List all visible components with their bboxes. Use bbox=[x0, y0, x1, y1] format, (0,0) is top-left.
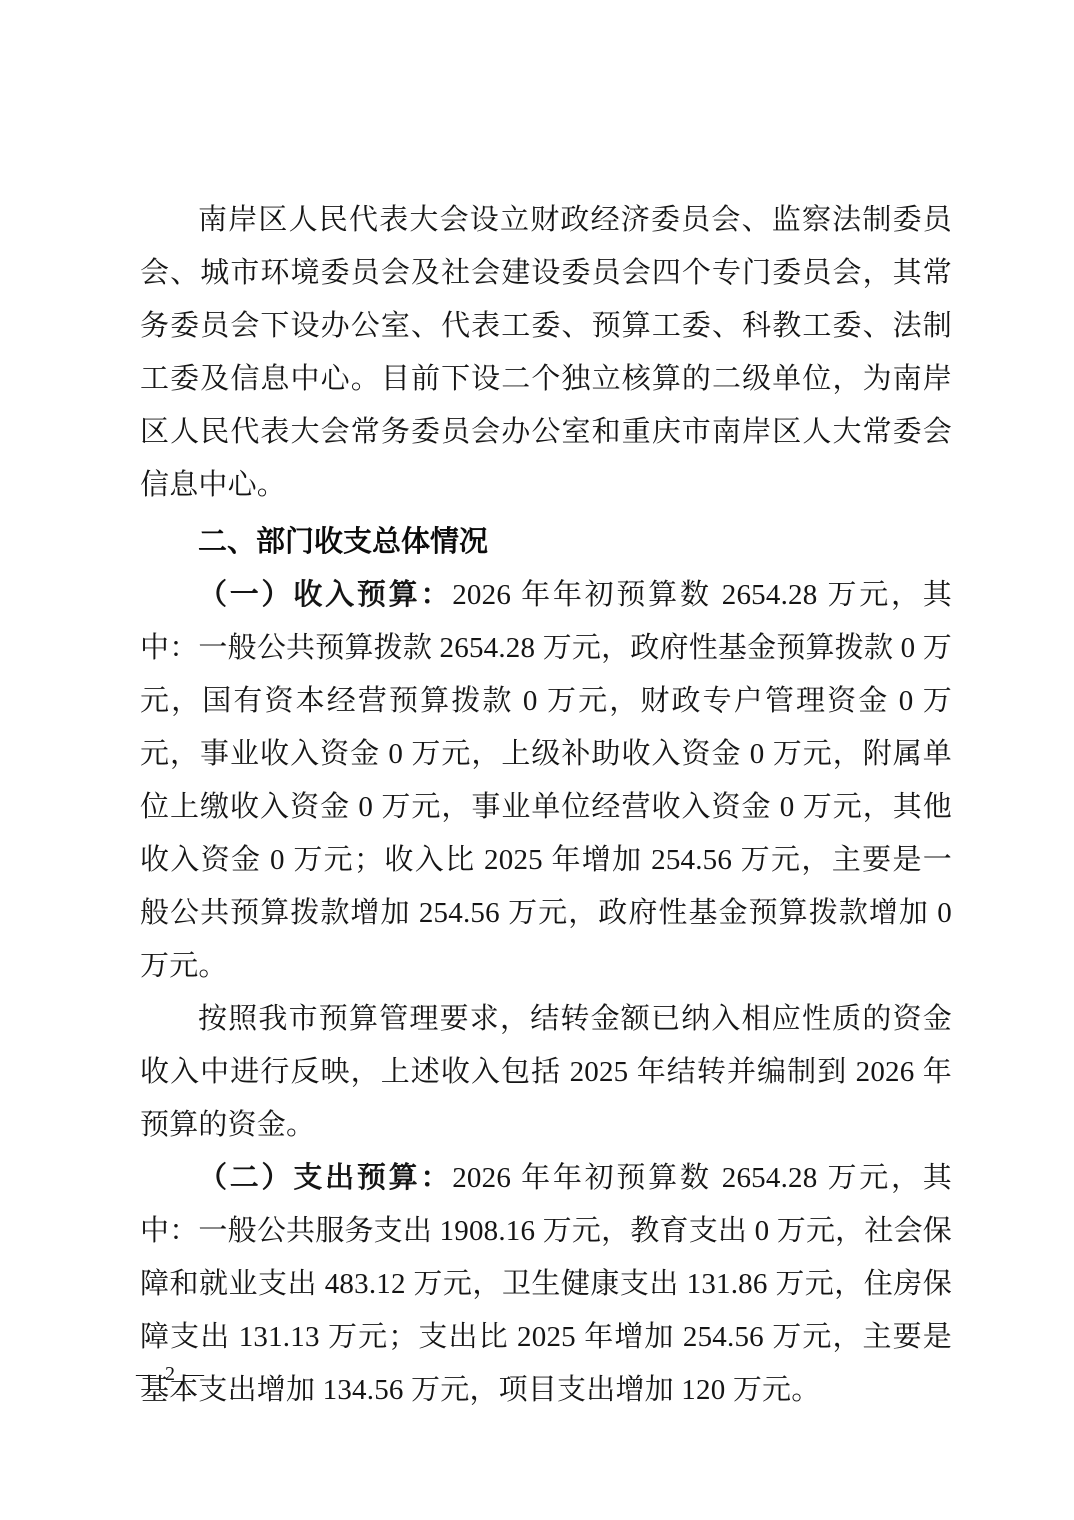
paragraph-org-structure: 南岸区人民代表大会设立财政经济委员会、监察法制委员会、城市环境委员会及社会建设委… bbox=[140, 194, 952, 512]
paragraph-income-budget: （一）收入预算：2026 年年初预算数 2654.28 万元，其中：一般公共预算… bbox=[140, 569, 952, 993]
paragraph-expenditure-budget: （二）支出预算：2026 年年初预算数 2654.28 万元，其中：一般公共服务… bbox=[140, 1152, 952, 1417]
expenditure-budget-text: 2026 年年初预算数 2654.28 万元，其中：一般公共服务支出 1908.… bbox=[140, 1162, 952, 1406]
expenditure-budget-label: （二）支出预算： bbox=[198, 1162, 452, 1194]
page-number: — 2 — bbox=[136, 1360, 206, 1388]
section-heading-budget-overview: 二、部门收支总体情况 bbox=[140, 516, 952, 569]
income-budget-text: 2026 年年初预算数 2654.28 万元，其中：一般公共预算拨款 2654.… bbox=[140, 579, 952, 982]
income-budget-label: （一）收入预算： bbox=[198, 579, 452, 611]
document-page: 南岸区人民代表大会设立财政经济委员会、监察法制委员会、城市环境委员会及社会建设委… bbox=[0, 0, 1074, 1520]
document-body: 南岸区人民代表大会设立财政经济委员会、监察法制委员会、城市环境委员会及社会建设委… bbox=[140, 194, 952, 1417]
paragraph-carryover-note: 按照我市预算管理要求，结转金额已纳入相应性质的资金收入中进行反映，上述收入包括 … bbox=[140, 993, 952, 1152]
